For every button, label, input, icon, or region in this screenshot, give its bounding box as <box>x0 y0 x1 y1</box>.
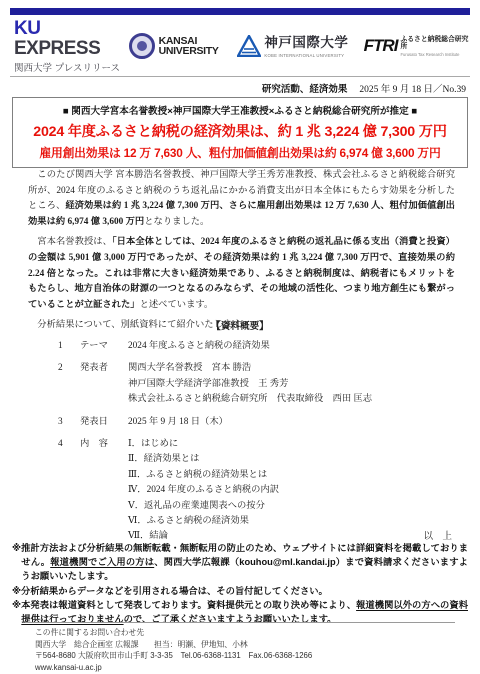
note-1-underlined: 報道機関でご入用の方は <box>50 557 154 567</box>
kansai-line2: UNIVERSITY <box>159 45 219 57</box>
ftri-wordmark: ふるさと納税総合研究所 Furusato Tax Research Instit… <box>400 36 472 57</box>
toc-line: Ⅰ．はじめに <box>128 437 460 452</box>
p1-close: となりました。 <box>144 217 209 227</box>
contact-url: www.kansai-u.ac.jp <box>35 662 460 674</box>
ftri-english-name: Furusato Tax Research Institute <box>400 52 472 57</box>
note-1: ※推計方法および分析結果の無断転載・無断転用の防止のため、ウェブサイトには詳細資… <box>12 541 468 584</box>
overview-item-date: 3 発表日 2025 年 9 月 18 日（木） <box>58 415 460 430</box>
headline-main: 2024 年度ふるさと納税の経済効果は、約 1 兆 3,224 億 7,300 … <box>15 121 465 141</box>
footer-divider <box>25 622 455 623</box>
p1-key-figures: 経済効果は約 1 兆 3,224 億 7,300 万円、さらに雇用創出効果は 1… <box>28 201 455 227</box>
toc-line: Ⅲ．ふるさと納税の経済効果とは <box>128 468 460 483</box>
release-category: 研究活動、経済効果 <box>262 85 348 95</box>
closing-ijou: 以 上 <box>423 528 452 542</box>
presenter-2: 神戸国際大学経済学部准教授 王 秀芳 <box>128 377 460 392</box>
headline-box: ■ 関西大学宮本名誉教授×神戸国際大学王准教授×ふるさと納税総合研究所が推定 ■… <box>12 97 468 168</box>
item-number: 1 <box>58 339 80 354</box>
contact-title: この件に関するお問い合わせ先 <box>35 627 460 639</box>
overview-item-theme: 1 テーマ 2024 年度ふるさと納税の経済効果 <box>58 339 460 354</box>
toc-line: Ⅴ．返礼品の産業連関表への按分 <box>128 499 460 514</box>
item-label: 内 容 <box>80 437 128 545</box>
p2-lead: 宮本名誉教授は、 <box>37 237 112 247</box>
body-text: このたび関西大学 宮本勝浩名誉教授、神戸国際大学王秀芳准教授、株式会社ふるさと納… <box>28 168 455 334</box>
overview-item-contents: 4 内 容 Ⅰ．はじめに Ⅱ．経済効果とは Ⅲ．ふるさと納税の経済効果とは Ⅳ．… <box>58 437 460 545</box>
paragraph-2: 宮本名誉教授は、「日本全体としては、2024 年度のふるさと納税の返礼品に係る支… <box>28 235 455 313</box>
headline-kicker: ■ 関西大学宮本名誉教授×神戸国際大学王准教授×ふるさと納税総合研究所が推定 ■ <box>15 103 465 117</box>
ku-text: KU <box>14 18 40 39</box>
note-2: ※分析結果からデータなどを引用される場合は、その旨付記してください。 <box>12 584 468 598</box>
kansai-university-logo: KANSAI UNIVERSITY <box>129 33 238 59</box>
kobe-name: 神戸国際大学 <box>264 35 348 50</box>
kansai-seal-icon <box>129 33 155 59</box>
top-accent-bar <box>10 8 470 15</box>
overview-list: 1 テーマ 2024 年度ふるさと納税の経済効果 2 発表者 関西大学名誉教授 … <box>58 339 460 552</box>
toc-line: Ⅱ．経済効果とは <box>128 452 460 467</box>
header-divider <box>10 76 470 77</box>
item-label: 発表日 <box>80 415 128 430</box>
release-meta: 研究活動、経済効果2025 年 9 月 18 日／No.39 <box>262 81 466 95</box>
contact-footer: この件に関するお問い合わせ先 関西大学 総合企画室 広報課 担当：明瀬、伊地知、… <box>35 627 460 673</box>
kansai-university-wordmark: KANSAI UNIVERSITY <box>159 36 219 57</box>
header-logos: KU EXPRESS 関西大学 プレスリリース KANSAI UNIVERSIT… <box>14 24 472 68</box>
p2-quote: 「日本全体としては、2024 年度のふるさと納税の返礼品に係る支出（消費と投資）… <box>28 237 455 309</box>
contact-address-phone: 〒564-8680 大阪府吹田市山手町 3-3-35 Tel.06-6368-1… <box>35 650 460 662</box>
press-release-subtitle: 関西大学 プレスリリース <box>14 60 129 74</box>
express-text: EXPRESS <box>14 38 100 59</box>
item-label: 発表者 <box>80 361 128 407</box>
item-value: 2024 年度ふるさと納税の経済効果 <box>128 339 460 354</box>
item-number: 2 <box>58 361 80 407</box>
kobe-university-logo: 神戸国際大学 KOBE INTERNATIONAL UNIVERSITY <box>237 34 363 58</box>
toc-line: Ⅵ．ふるさと納税の経済効果 <box>128 514 460 529</box>
item-label: テーマ <box>80 339 128 354</box>
kobe-triangle-icon <box>237 35 261 57</box>
ftri-abbr: FTRI <box>364 36 398 56</box>
presenter-1: 関西大学名誉教授 宮本 勝浩 <box>128 361 460 376</box>
ftri-name: ふるさと納税総合研究所 <box>400 36 472 51</box>
item-number: 4 <box>58 437 80 545</box>
toc-line: Ⅳ．2024 年度のふるさと納税の内訳 <box>128 483 460 498</box>
disclaimer-notes: ※推計方法および分析結果の無断転載・無断転用の防止のため、ウェブサイトには詳細資… <box>12 541 468 626</box>
presenter-3: 株式会社ふるさと納税総合研究所 代表取締役 西田 匡志 <box>128 392 460 407</box>
ftri-logo: FTRI ふるさと納税総合研究所 Furusato Tax Research I… <box>364 36 472 57</box>
kobe-english-name: KOBE INTERNATIONAL UNIVERSITY <box>264 53 348 58</box>
ku-express-wordmark: KU EXPRESS <box>14 19 129 59</box>
item-value: 2025 年 9 月 18 日（木） <box>128 415 460 430</box>
item-number: 3 <box>58 415 80 430</box>
headline-sub: 雇用創出効果は 12 万 7,630 人、粗付加価値創出効果は約 6,974 億… <box>15 144 465 161</box>
overview-title: 【資料概要】 <box>0 318 480 332</box>
paragraph-1: このたび関西大学 宮本勝浩名誉教授、神戸国際大学王秀芳准教授、株式会社ふるさと納… <box>28 168 455 230</box>
overview-item-presenters: 2 発表者 関西大学名誉教授 宮本 勝浩 神戸国際大学経済学部准教授 王 秀芳 … <box>58 361 460 407</box>
release-date-number: 2025 年 9 月 18 日／No.39 <box>359 85 466 95</box>
press-release-page: KU EXPRESS 関西大学 プレスリリース KANSAI UNIVERSIT… <box>0 0 480 674</box>
ku-express-logo: KU EXPRESS 関西大学 プレスリリース <box>14 19 129 74</box>
contact-department: 関西大学 総合企画室 広報課 担当：明瀬、伊地知、小林 <box>35 639 460 651</box>
kobe-wordmark: 神戸国際大学 KOBE INTERNATIONAL UNIVERSITY <box>264 34 348 58</box>
p2-close: と述べています。 <box>140 300 214 310</box>
